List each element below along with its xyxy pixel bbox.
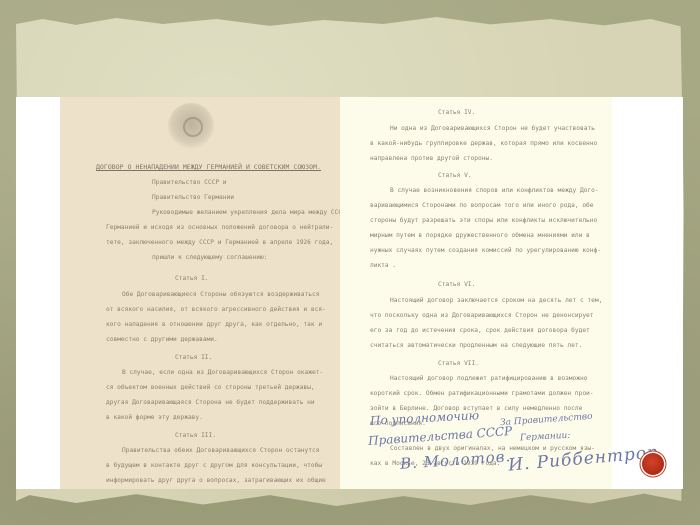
ussr-emblem-icon: [168, 103, 214, 149]
article-line: другая Договаривающаяся Сторона не будет…: [106, 395, 315, 411]
article-line: в будущем в контакте друг с другом для к…: [106, 458, 322, 474]
ussr-authority-line: По уполномочию: [370, 408, 480, 428]
article-line: в какой-нибудь группировке держав, котор…: [370, 136, 597, 152]
article-heading: Статья III.: [175, 428, 216, 444]
article-line: совместно с другими державами.: [106, 332, 218, 348]
preamble-line: пришли к следующему соглашению:: [152, 250, 267, 266]
article-line: в какой форме эту державу.: [106, 410, 203, 426]
article-line: короткий срок. Обмен ратификационными гр…: [370, 386, 594, 402]
article-line: от всякого насилия, от всякого агрессивн…: [106, 302, 326, 318]
circle-red-button-icon[interactable]: [642, 453, 664, 475]
article-heading: Статья VII.: [438, 356, 479, 372]
article-heading: Статья II.: [175, 350, 212, 366]
article-line: интересы.: [106, 488, 140, 489]
article-line: Настоящий договор подлежит ратифицирован…: [390, 371, 587, 387]
article-line: Обе Договаривающиеся Стороны обязуются в…: [122, 287, 319, 303]
article-heading: Статья IV.: [438, 105, 475, 121]
preamble-line: Германией и исходя из основных положений…: [106, 220, 333, 236]
document-image-panel: ДОГОВОР О НЕНАПАДЕНИИ МЕЖДУ ГЕРМАНИЕЙ И …: [16, 97, 683, 489]
germany-authority-line: За Правительство: [500, 412, 593, 428]
article-heading: Статья VI.: [438, 277, 475, 293]
preamble-line: Правительство Германии: [152, 190, 234, 206]
article-line: ликта .: [370, 258, 396, 274]
article-line: ся объектом военных действий со стороны …: [106, 380, 315, 396]
preamble-line: Руководимые желанием укрепления дела мир…: [152, 205, 340, 221]
treaty-title: ДОГОВОР О НЕНАПАДЕНИИ МЕЖДУ ГЕРМАНИЕЙ И …: [96, 160, 321, 176]
preamble-line: тете, заключенного между СССР и Германие…: [106, 235, 333, 251]
article-line: мирным путем в порядке дружественного об…: [370, 228, 590, 244]
article-heading: Статья V.: [438, 168, 472, 184]
article-line: что поскольку одна из Договаривающихся С…: [370, 308, 594, 324]
article-line: нужных случаях путем создания комиссий п…: [370, 243, 601, 259]
article-line: направлена против другой стороны.: [370, 151, 493, 167]
ussr-authority-line: Правительства СССР: [368, 424, 513, 448]
signatures-block: По уполномочию Правительства СССР За Пра…: [340, 405, 640, 489]
article-line: Правительства обеих Договаривающихся Сто…: [122, 443, 319, 459]
article-line: Настоящий договор заключается сроком на …: [390, 293, 602, 309]
treaty-page-1: ДОГОВОР О НЕНАПАДЕНИИ МЕЖДУ ГЕРМАНИЕЙ И …: [60, 97, 340, 489]
molotov-signature: В. Молотов.: [400, 447, 512, 473]
germany-authority-line: Германии:: [520, 431, 571, 444]
ribbentrop-signature: И. Риббентроп: [507, 442, 659, 475]
article-line: считаться автоматически продленным на сл…: [370, 338, 582, 354]
article-line: В случае, если одна из Договаривающихся …: [122, 365, 323, 381]
article-line: его за год до истечения срока, срок дейс…: [370, 323, 590, 339]
article-line: В случае возникновения споров или конфли…: [390, 183, 599, 199]
article-line: варивающимися Сторонами по вопросам того…: [370, 198, 594, 214]
article-line: Ни одна из Договаривающихся Сторон не бу…: [390, 121, 595, 137]
preamble-line: Правительство СССР и: [152, 175, 227, 191]
article-line: кого нападения в отношении друг друга, к…: [106, 317, 322, 333]
article-heading: Статья I.: [175, 271, 209, 287]
article-line: стороны будут разрешать эти споры или ко…: [370, 213, 597, 229]
article-line: информировать друг друга о вопросах, зат…: [106, 473, 326, 489]
